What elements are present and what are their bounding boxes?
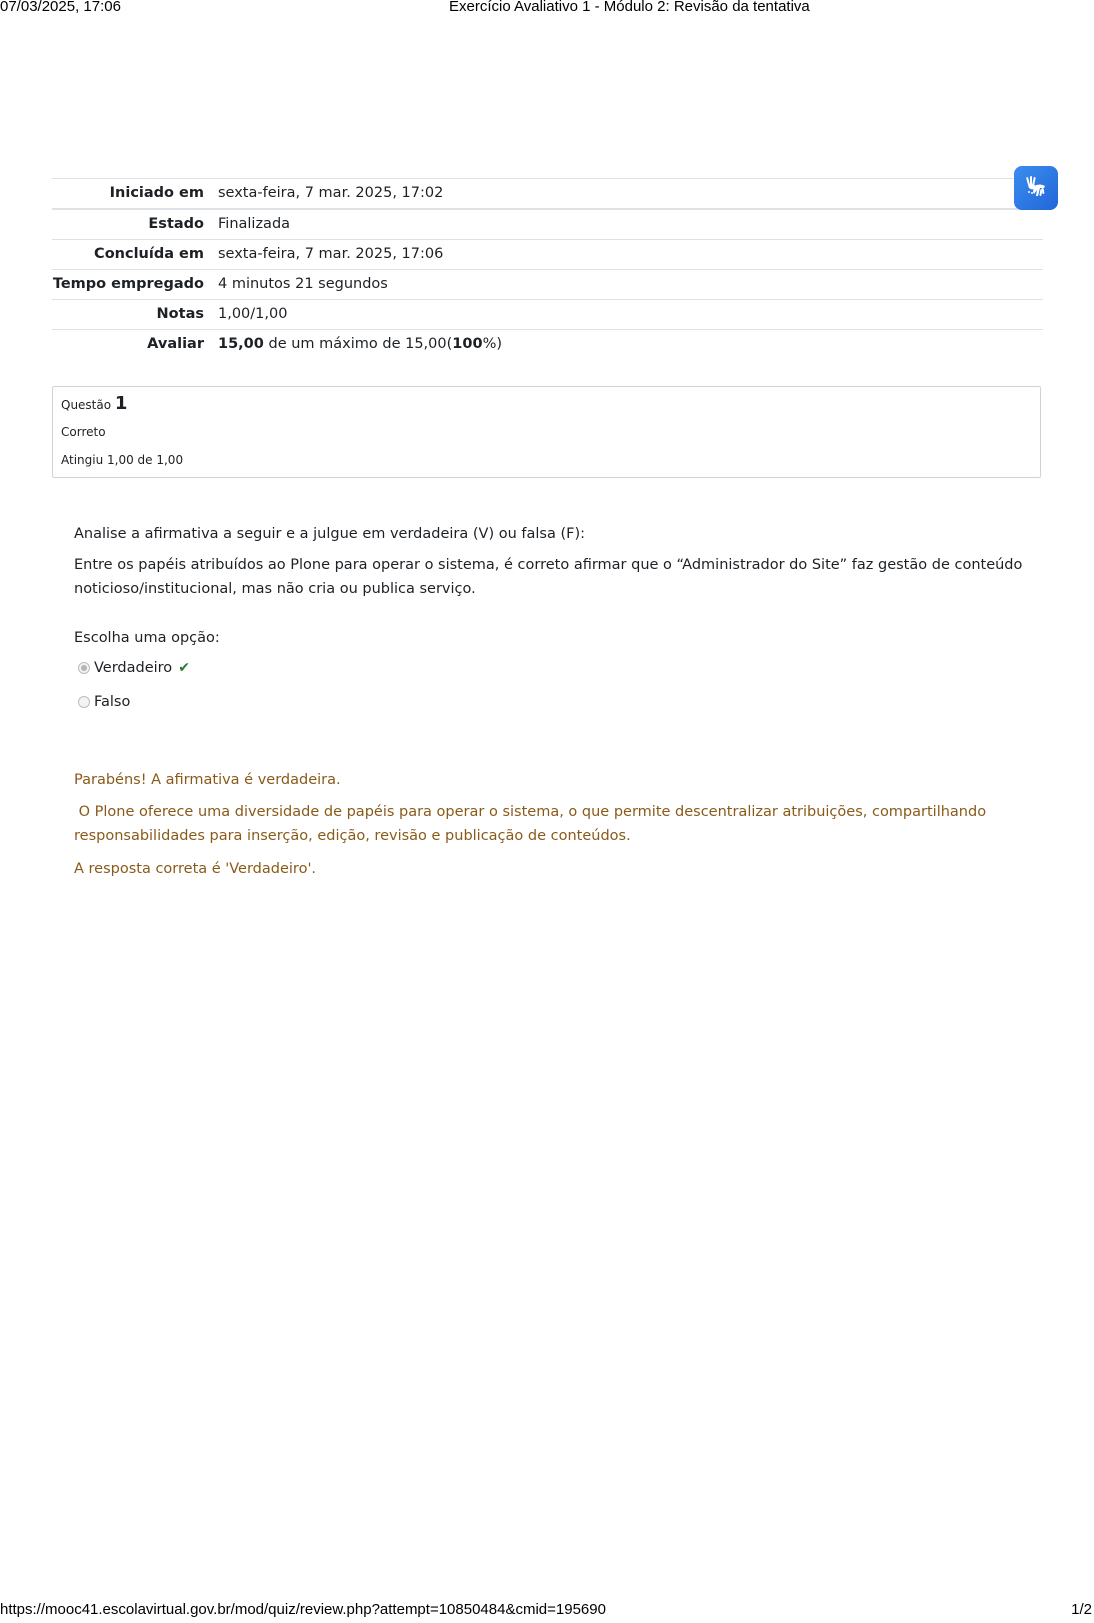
summary-value: Finalizada <box>214 209 1043 240</box>
print-url: https://mooc41.escolavirtual.gov.br/mod/… <box>0 1601 606 1619</box>
question-instruction: Analise a afirmativa a seguir e a julgue… <box>74 522 1034 546</box>
question-grade: Atingiu 1,00 de 1,00 <box>61 453 183 467</box>
question-label: Questão <box>61 398 111 412</box>
question-info-box: Questão 1 Correto Atingiu 1,00 de 1,00 <box>52 386 1041 478</box>
summary-label: Notas <box>52 300 214 330</box>
sign-language-icon <box>1022 174 1050 202</box>
grade-percent: 100 <box>452 336 482 352</box>
summary-value: 15,00 de um máximo de 15,00(100%) <box>214 330 1043 360</box>
summary-row-completed: Concluída em sexta-feira, 7 mar. 2025, 1… <box>52 240 1043 270</box>
option-label: Verdadeiro <box>94 656 172 680</box>
grade-middle: de um máximo de 15,00( <box>264 336 452 352</box>
print-header: 07/03/2025, 17:06 Exercício Avaliativo 1… <box>0 0 1094 16</box>
question-state: Correto <box>61 425 106 439</box>
grade-suffix: %) <box>483 336 502 352</box>
correct-check-icon: ✔ <box>178 656 190 680</box>
right-answer: A resposta correta é 'Verdadeiro'. <box>74 857 1034 881</box>
print-footer: https://mooc41.escolavirtual.gov.br/mod/… <box>0 1601 1094 1619</box>
summary-label: Concluída em <box>52 240 214 270</box>
general-feedback: Parabéns! A afirmativa é verdadeira. <box>74 768 1034 792</box>
summary-value: 1,00/1,00 <box>214 300 1043 330</box>
print-datetime: 07/03/2025, 17:06 <box>0 0 121 16</box>
radio-verdadeiro[interactable] <box>78 662 90 674</box>
summary-row-marks: Notas 1,00/1,00 <box>52 300 1043 330</box>
answer-prompt: Escolha uma opção: <box>74 626 1034 650</box>
attempt-summary-table: Iniciado em sexta-feira, 7 mar. 2025, 17… <box>52 178 1043 359</box>
grade-score: 15,00 <box>218 336 264 352</box>
summary-label: Tempo empregado <box>52 270 214 300</box>
feedback-explanation: O Plone oferece uma diversidade de papéi… <box>74 800 1034 848</box>
question-statement: Entre os papéis atribuídos ao Plone para… <box>74 553 1034 601</box>
question-number: 1 <box>115 393 128 414</box>
accessibility-button[interactable] <box>1014 166 1058 210</box>
radio-falso[interactable] <box>78 696 90 708</box>
option-falso[interactable]: Falso <box>78 690 130 714</box>
summary-row-grade: Avaliar 15,00 de um máximo de 15,00(100%… <box>52 330 1043 360</box>
print-page-title: Exercício Avaliativo 1 - Módulo 2: Revis… <box>449 0 810 16</box>
summary-value: sexta-feira, 7 mar. 2025, 17:02 <box>214 179 1043 210</box>
summary-value: 4 minutos 21 segundos <box>214 270 1043 300</box>
option-verdadeiro[interactable]: Verdadeiro ✔ <box>78 656 190 680</box>
summary-row-time-taken: Tempo empregado 4 minutos 21 segundos <box>52 270 1043 300</box>
summary-label: Iniciado em <box>52 179 214 210</box>
summary-row-started: Iniciado em sexta-feira, 7 mar. 2025, 17… <box>52 179 1043 210</box>
option-label: Falso <box>94 690 130 714</box>
summary-value: sexta-feira, 7 mar. 2025, 17:06 <box>214 240 1043 270</box>
question-title: Questão 1 <box>61 393 127 414</box>
summary-row-state: Estado Finalizada <box>52 209 1043 240</box>
summary-label: Estado <box>52 209 214 240</box>
print-page-number: 1/2 <box>1071 1601 1092 1619</box>
summary-label: Avaliar <box>52 330 214 360</box>
